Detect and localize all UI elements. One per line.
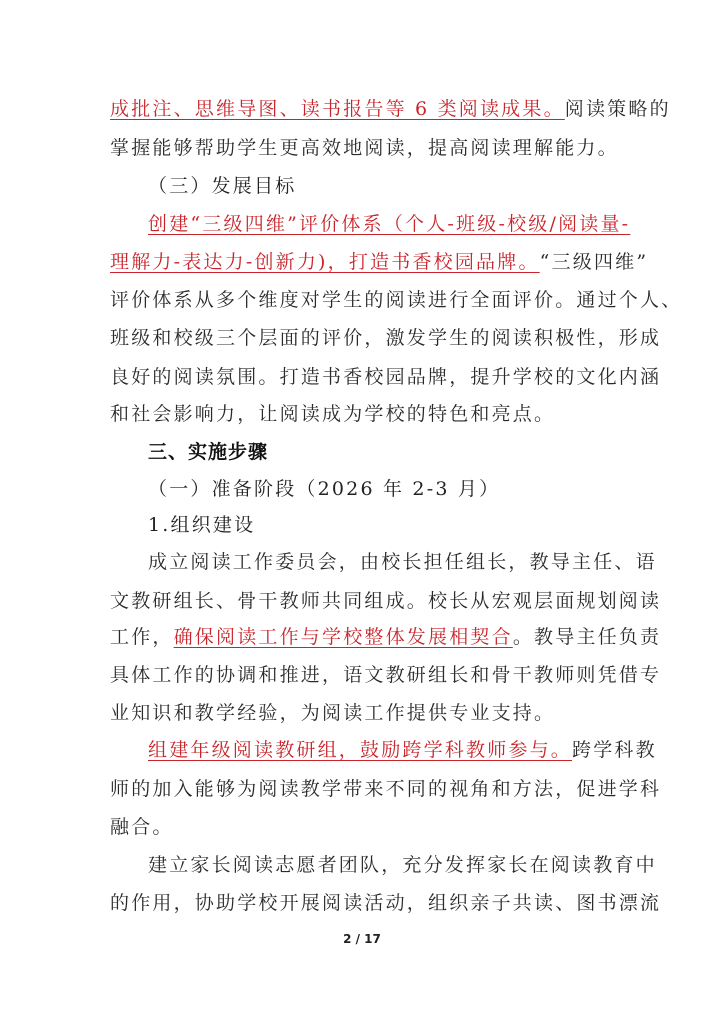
paragraph-line: 业知识和教学经验，为阅读工作提供专业支持。 <box>110 701 614 725</box>
paragraph-line: 组建年级阅读教研组，鼓励跨学科教师参与。跨学科教 <box>148 738 614 762</box>
body-text: 工作， <box>110 626 174 648</box>
paragraph-line: 掌握能够帮助学生更高效地阅读，提高阅读理解能力。 <box>110 136 614 160</box>
paragraph-line: 的作用，协助学校开展阅读活动，组织亲子共读、图书漂流 <box>110 891 614 915</box>
paragraph-line: 具体工作的协调和推进，语文教研组长和骨干教师则凭借专 <box>110 663 614 687</box>
highlighted-text: 确保阅读工作与学校整体发展相契合 <box>174 626 513 648</box>
section-subheading: （三）发展目标 <box>148 174 614 198</box>
paragraph-line: 成立阅读工作委员会，由校长担任组长，教导主任、语 <box>148 550 614 574</box>
paragraph-line: 和社会影响力，让阅读成为学校的特色和亮点。 <box>110 402 614 426</box>
highlighted-text: 成批注、思维导图、读书报告等 6 类阅读成果。 <box>110 98 565 120</box>
highlighted-text: 组建年级阅读教研组，鼓励跨学科教师参与。 <box>148 739 572 761</box>
item-heading: 1.组织建设 <box>148 513 614 537</box>
paragraph-line: 良好的阅读氛围。打造书香校园品牌，提升学校的文化内涵 <box>110 365 614 389</box>
paragraph-line: 师的加入能够为阅读教学带来不同的视角和方法，促进学科 <box>110 777 614 801</box>
body-text: 。教导主任负责 <box>513 626 661 648</box>
body-text: “三级四维” <box>540 251 649 273</box>
paragraph-line: 文教研组长、骨干教师共同组成。校长从宏观层面规划阅读 <box>110 589 614 613</box>
document-page: 成批注、思维导图、读书报告等 6 类阅读成果。阅读策略的 掌握能够帮助学生更高效… <box>0 0 724 1024</box>
body-text: 跨学科教 <box>572 739 657 761</box>
section-subheading: （一）准备阶段（2026 年 2-3 月） <box>148 477 614 501</box>
highlighted-text: 创建“三级四维”评价体系（个人-班级-校级/阅读量- <box>148 213 630 235</box>
paragraph-line: 工作，确保阅读工作与学校整体发展相契合。教导主任负责 <box>110 625 614 649</box>
page-number: 2 / 17 <box>0 932 724 946</box>
section-heading: 三、实施步骤 <box>148 440 614 464</box>
highlighted-text: 理解力-表达力-创新力)，打造书香校园品牌。 <box>110 251 540 273</box>
paragraph-line: 创建“三级四维”评价体系（个人-班级-校级/阅读量- <box>148 212 614 236</box>
body-text: 阅读策略的 <box>565 98 671 120</box>
paragraph-line: 班级和校级三个层面的评价，激发学生的阅读积极性，形成 <box>110 326 614 350</box>
paragraph-line: 评价体系从多个维度对学生的阅读进行全面评价。通过个人、 <box>110 288 614 312</box>
paragraph-line: 建立家长阅读志愿者团队，充分发挥家长在阅读教育中 <box>148 853 614 877</box>
paragraph-line: 成批注、思维导图、读书报告等 6 类阅读成果。阅读策略的 <box>110 97 614 121</box>
paragraph-line: 理解力-表达力-创新力)，打造书香校园品牌。“三级四维” <box>110 250 614 274</box>
paragraph-line: 融合。 <box>110 815 614 839</box>
